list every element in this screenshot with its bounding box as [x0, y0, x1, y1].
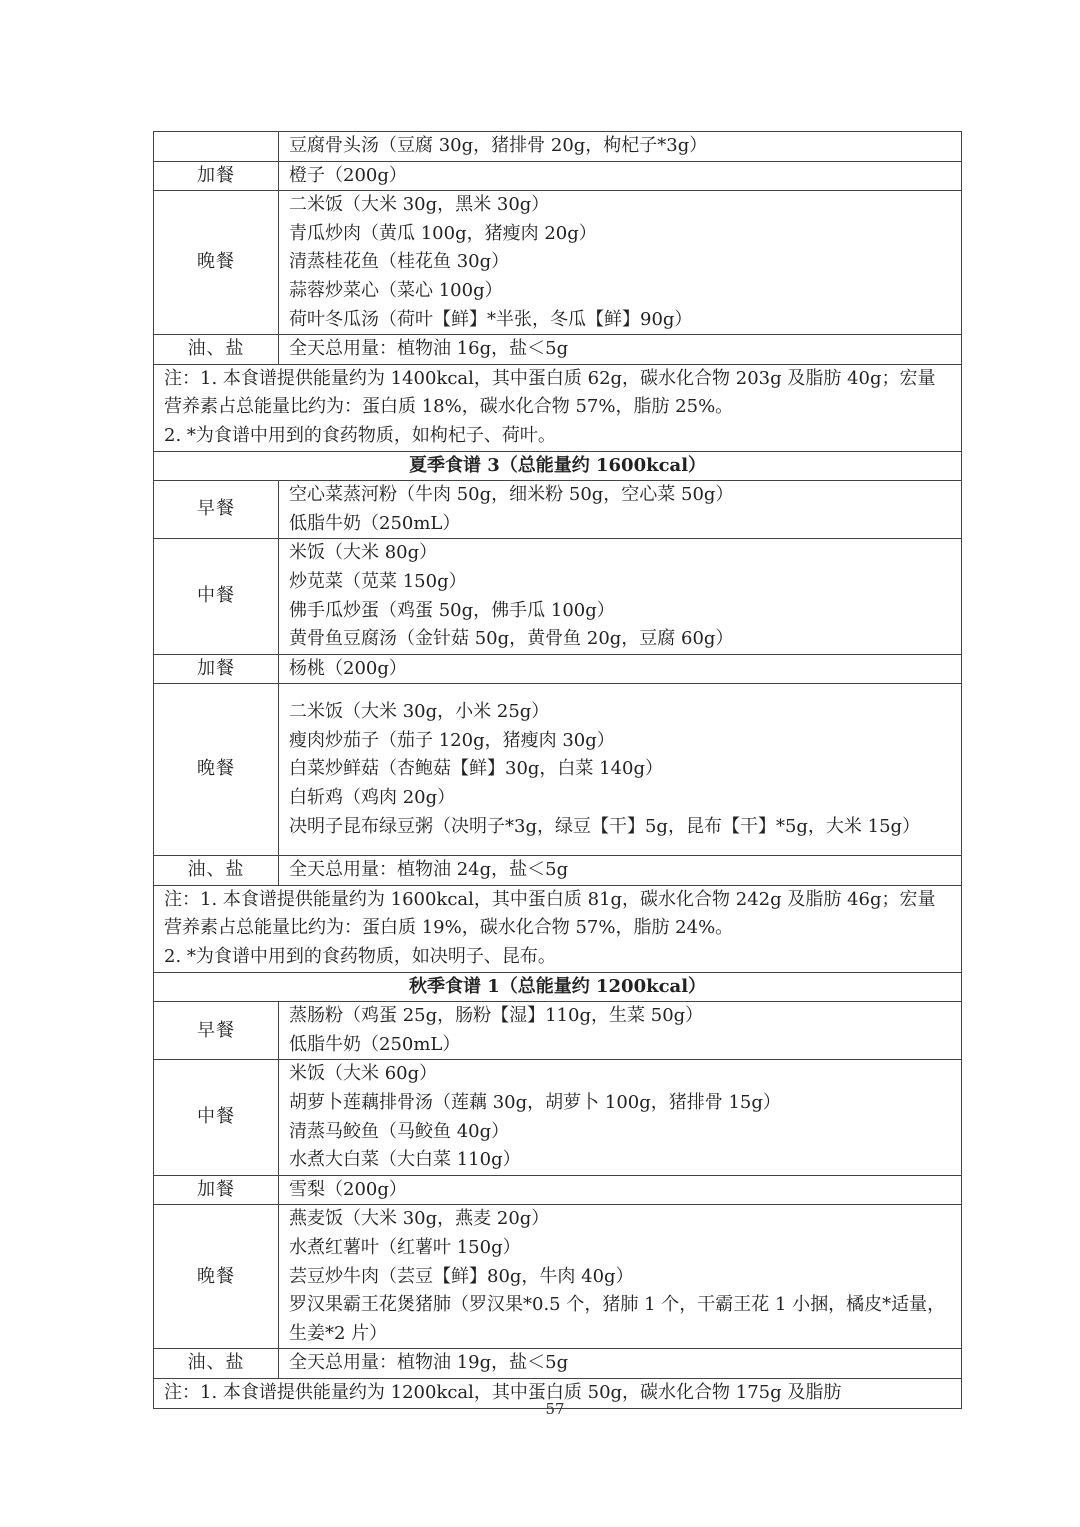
dish: 清蒸马鲛鱼（马鲛鱼 40g） [289, 1118, 961, 1147]
note-line: 2. *为食谱中用到的食药物质，如决明子、昆布。 [164, 943, 953, 972]
dish: 决明子昆布绿豆粥（决明子*3g，绿豆【干】5g，昆布【干】*5g，大米 15g） [289, 813, 961, 842]
dish: 二米饭（大米 30g，黑米 30g） [289, 191, 961, 220]
note-row: 注：1. 本食谱提供能量约为 1400kcal，其中蛋白质 62g，碳水化合物 … [154, 364, 962, 451]
menu-items: 燕麦饭（大米 30g，燕麦 20g） 水煮红薯叶（红薯叶 150g） 芸豆炒牛肉… [279, 1205, 962, 1349]
table-row: 晚餐 燕麦饭（大米 30g，燕麦 20g） 水煮红薯叶（红薯叶 150g） 芸豆… [154, 1205, 962, 1349]
dish: 米饭（大米 60g） [289, 1060, 961, 1089]
menu-items: 雪梨（200g） [279, 1175, 962, 1205]
dish: 豆腐骨头汤（豆腐 30g，猪排骨 20g，枸杞子*3g） [289, 132, 961, 161]
note-line: 注：1. 本食谱提供能量约为 1600kcal，其中蛋白质 81g，碳水化合物 … [164, 886, 953, 943]
dish: 蒜蓉炒菜心（菜心 100g） [289, 277, 961, 306]
table-row: 早餐 空心菜蒸河粉（牛肉 50g，细米粉 50g，空心菜 50g） 低脂牛奶（2… [154, 481, 962, 539]
dish: 二米饭（大米 30g，小米 25g） [289, 698, 961, 727]
dish: 水煮红薯叶（红薯叶 150g） [289, 1234, 961, 1263]
table-row: 加餐 杨桃（200g） [154, 654, 962, 684]
meal-label: 加餐 [154, 654, 279, 684]
dish: 杨桃（200g） [289, 655, 961, 684]
table-row: 油、盐 全天总用量：植物油 24g，盐＜5g [154, 856, 962, 886]
meal-label [154, 132, 279, 162]
table-row: 加餐 橙子（200g） [154, 161, 962, 191]
dish: 橙子（200g） [289, 162, 961, 191]
menu-items: 二米饭（大米 30g，黑米 30g） 青瓜炒肉（黄瓜 100g，猪瘦肉 20g）… [279, 191, 962, 335]
meal-label: 早餐 [154, 481, 279, 539]
menu-items: 全天总用量：植物油 24g，盐＜5g [279, 856, 962, 886]
oil-salt-total: 全天总用量：植物油 19g，盐＜5g [289, 1349, 961, 1378]
dish: 芸豆炒牛肉（芸豆【鲜】80g，牛肉 40g） [289, 1263, 961, 1292]
table-row: 晚餐 二米饭（大米 30g，黑米 30g） 青瓜炒肉（黄瓜 100g，猪瘦肉 2… [154, 191, 962, 335]
menu-items: 空心菜蒸河粉（牛肉 50g，细米粉 50g，空心菜 50g） 低脂牛奶（250m… [279, 481, 962, 539]
menu-items: 米饭（大米 60g） 胡萝卜莲藕排骨汤（莲藕 30g，胡萝卜 100g，猪排骨 … [279, 1060, 962, 1175]
table-row: 油、盐 全天总用量：植物油 19g，盐＜5g [154, 1349, 962, 1379]
meal-label: 油、盐 [154, 335, 279, 365]
dish: 空心菜蒸河粉（牛肉 50g，细米粉 50g，空心菜 50g） [289, 481, 961, 510]
dish: 黄骨鱼豆腐汤（金针菇 50g，黄骨鱼 20g，豆腐 60g） [289, 625, 961, 654]
table-row: 中餐 米饭（大米 60g） 胡萝卜莲藕排骨汤（莲藕 30g，胡萝卜 100g，猪… [154, 1060, 962, 1175]
section-title-row: 夏季食谱 3（总能量约 1600kcal） [154, 451, 962, 481]
dish: 胡萝卜莲藕排骨汤（莲藕 30g，胡萝卜 100g，猪排骨 15g） [289, 1089, 961, 1118]
dish: 瘦肉炒茄子（茄子 120g，猪瘦肉 30g） [289, 727, 961, 756]
dish: 白菜炒鲜菇（杏鲍菇【鲜】30g，白菜 140g） [289, 755, 961, 784]
dish: 炒苋菜（苋菜 150g） [289, 568, 961, 597]
table-row: 油、盐 全天总用量：植物油 16g，盐＜5g [154, 335, 962, 365]
dish: 水煮大白菜（大白菜 110g） [289, 1146, 961, 1175]
table-row: 中餐 米饭（大米 80g） 炒苋菜（苋菜 150g） 佛手瓜炒蛋（鸡蛋 50g，… [154, 539, 962, 654]
meal-label: 晚餐 [154, 191, 279, 335]
menu-items: 杨桃（200g） [279, 654, 962, 684]
menu-table: 豆腐骨头汤（豆腐 30g，猪排骨 20g，枸杞子*3g） 加餐 橙子（200g）… [153, 131, 962, 1409]
note: 注：1. 本食谱提供能量约为 1400kcal，其中蛋白质 62g，碳水化合物 … [154, 364, 962, 451]
table-row: 豆腐骨头汤（豆腐 30g，猪排骨 20g，枸杞子*3g） [154, 132, 962, 162]
meal-label: 加餐 [154, 161, 279, 191]
oil-salt-total: 全天总用量：植物油 24g，盐＜5g [289, 856, 961, 885]
dish: 米饭（大米 80g） [289, 539, 961, 568]
table-row: 加餐 雪梨（200g） [154, 1175, 962, 1205]
note-row: 注：1. 本食谱提供能量约为 1600kcal，其中蛋白质 81g，碳水化合物 … [154, 885, 962, 972]
meal-label: 晚餐 [154, 1205, 279, 1349]
menu-items: 橙子（200g） [279, 161, 962, 191]
note: 注：1. 本食谱提供能量约为 1600kcal，其中蛋白质 81g，碳水化合物 … [154, 885, 962, 972]
dish: 蒸肠粉（鸡蛋 25g，肠粉【湿】110g，生菜 50g） [289, 1002, 961, 1031]
section-title-row: 秋季食谱 1（总能量约 1200kcal） [154, 972, 962, 1002]
meal-label: 中餐 [154, 1060, 279, 1175]
menu-items: 蒸肠粉（鸡蛋 25g，肠粉【湿】110g，生菜 50g） 低脂牛奶（250mL） [279, 1002, 962, 1060]
dish: 白斩鸡（鸡肉 20g） [289, 784, 961, 813]
menu-items: 二米饭（大米 30g，小米 25g） 瘦肉炒茄子（茄子 120g，猪瘦肉 30g… [279, 684, 962, 856]
meal-label: 中餐 [154, 539, 279, 654]
section-title: 秋季食谱 1（总能量约 1200kcal） [154, 972, 962, 1002]
page-number: 57 [0, 1400, 1080, 1418]
note-line: 注：1. 本食谱提供能量约为 1400kcal，其中蛋白质 62g，碳水化合物 … [164, 365, 953, 422]
menu-items: 米饭（大米 80g） 炒苋菜（苋菜 150g） 佛手瓜炒蛋（鸡蛋 50g，佛手瓜… [279, 539, 962, 654]
dish: 清蒸桂花鱼（桂花鱼 30g） [289, 248, 961, 277]
meal-label: 加餐 [154, 1175, 279, 1205]
menu-items: 豆腐骨头汤（豆腐 30g，猪排骨 20g，枸杞子*3g） [279, 132, 962, 162]
note-line: 2. *为食谱中用到的食药物质，如枸杞子、荷叶。 [164, 422, 953, 451]
meal-label: 油、盐 [154, 1349, 279, 1379]
dish: 燕麦饭（大米 30g，燕麦 20g） [289, 1205, 961, 1234]
dish: 低脂牛奶（250mL） [289, 1031, 961, 1060]
menu-items: 全天总用量：植物油 19g，盐＜5g [279, 1349, 962, 1379]
dish: 佛手瓜炒蛋（鸡蛋 50g，佛手瓜 100g） [289, 597, 961, 626]
section-title: 夏季食谱 3（总能量约 1600kcal） [154, 451, 962, 481]
meal-label: 油、盐 [154, 856, 279, 886]
dish: 青瓜炒肉（黄瓜 100g，猪瘦肉 20g） [289, 220, 961, 249]
table-row: 晚餐 二米饭（大米 30g，小米 25g） 瘦肉炒茄子（茄子 120g，猪瘦肉 … [154, 684, 962, 856]
dish: 罗汉果霸王花煲猪肺（罗汉果*0.5 个，猪肺 1 个，干霸王花 1 小捆，橘皮*… [289, 1291, 961, 1348]
table-row: 早餐 蒸肠粉（鸡蛋 25g，肠粉【湿】110g，生菜 50g） 低脂牛奶（250… [154, 1002, 962, 1060]
menu-items: 全天总用量：植物油 16g，盐＜5g [279, 335, 962, 365]
dish: 雪梨（200g） [289, 1176, 961, 1205]
meal-label: 早餐 [154, 1002, 279, 1060]
meal-label: 晚餐 [154, 684, 279, 856]
dish: 低脂牛奶（250mL） [289, 510, 961, 539]
dish: 荷叶冬瓜汤（荷叶【鲜】*半张，冬瓜【鲜】90g） [289, 306, 961, 335]
oil-salt-total: 全天总用量：植物油 16g，盐＜5g [289, 335, 961, 364]
